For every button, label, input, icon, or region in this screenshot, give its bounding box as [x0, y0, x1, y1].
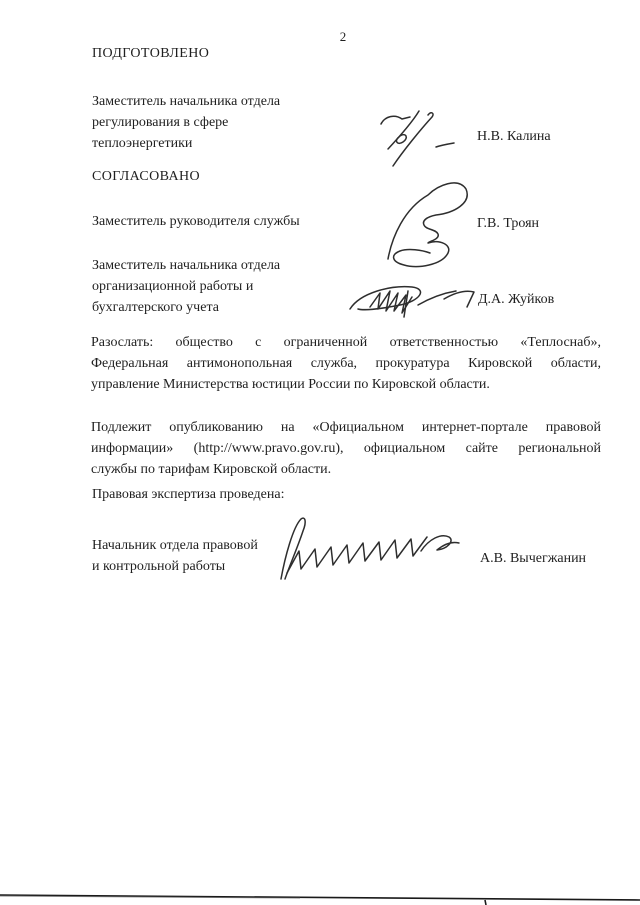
paragraph-line: информации» (http://www.pravo.gov.ru), о… — [91, 438, 601, 459]
dispatch-paragraph: Разослать: общество с ограниченной ответ… — [91, 332, 601, 395]
signature-zhuykov-icon — [340, 277, 485, 327]
document-page: 2 ПОДГОТОВЛЕНО Заместитель начальника от… — [0, 0, 640, 905]
signatory-title-zhuykov: Заместитель начальника отдела организаци… — [92, 255, 280, 318]
title-line: бухгалтерского учета — [92, 297, 280, 318]
signatory-name-troyan: Г.В. Троян — [477, 216, 539, 232]
signature-vychegzhanin-icon — [275, 515, 470, 585]
heading-agreed: СОГЛАСОВАНО — [92, 169, 200, 185]
heading-prepared: ПОДГОТОВЛЕНО — [92, 46, 209, 62]
signature-troyan-icon — [378, 177, 483, 272]
signatory-title-troyan: Заместитель руководителя службы — [92, 211, 300, 232]
publication-paragraph: Подлежит опубликованию на «Официальном и… — [91, 417, 601, 480]
title-line: организационной работы и — [92, 276, 280, 297]
title-line: регулирования в сфере — [92, 112, 280, 133]
title-line: Заместитель начальника отдела — [92, 91, 280, 112]
signatory-title-kalina: Заместитель начальника отдела регулирова… — [92, 91, 280, 154]
paragraph-line: Разослать: общество с ограниченной ответ… — [91, 332, 601, 353]
paragraph-line: управление Министерства юстиции России п… — [91, 374, 601, 395]
paragraph-line: Федеральная антимонопольная служба, прок… — [91, 353, 601, 374]
title-line: Заместитель руководителя службы — [92, 211, 300, 232]
signature-kalina-icon — [355, 105, 465, 175]
signatory-title-vychegzhanin: Начальник отдела правовой и контрольной … — [92, 535, 258, 577]
title-line: и контрольной работы — [92, 556, 258, 577]
title-line: Заместитель начальника отдела — [92, 255, 280, 276]
signatory-name-kalina: Н.В. Калина — [477, 129, 551, 145]
legal-review-label: Правовая экспертиза проведена: — [92, 487, 284, 503]
page-number: 2 — [318, 29, 368, 45]
scan-edge-artifact — [0, 890, 640, 905]
paragraph-line: Подлежит опубликованию на «Официальном и… — [91, 417, 601, 438]
signatory-name-vychegzhanin: А.В. Вычегжанин — [480, 551, 586, 567]
title-line: теплоэнергетики — [92, 133, 280, 154]
paragraph-line: службы по тарифам Кировской области. — [91, 459, 601, 480]
signatory-name-zhuykov: Д.А. Жуйков — [478, 292, 554, 308]
title-line: Начальник отдела правовой — [92, 535, 258, 556]
